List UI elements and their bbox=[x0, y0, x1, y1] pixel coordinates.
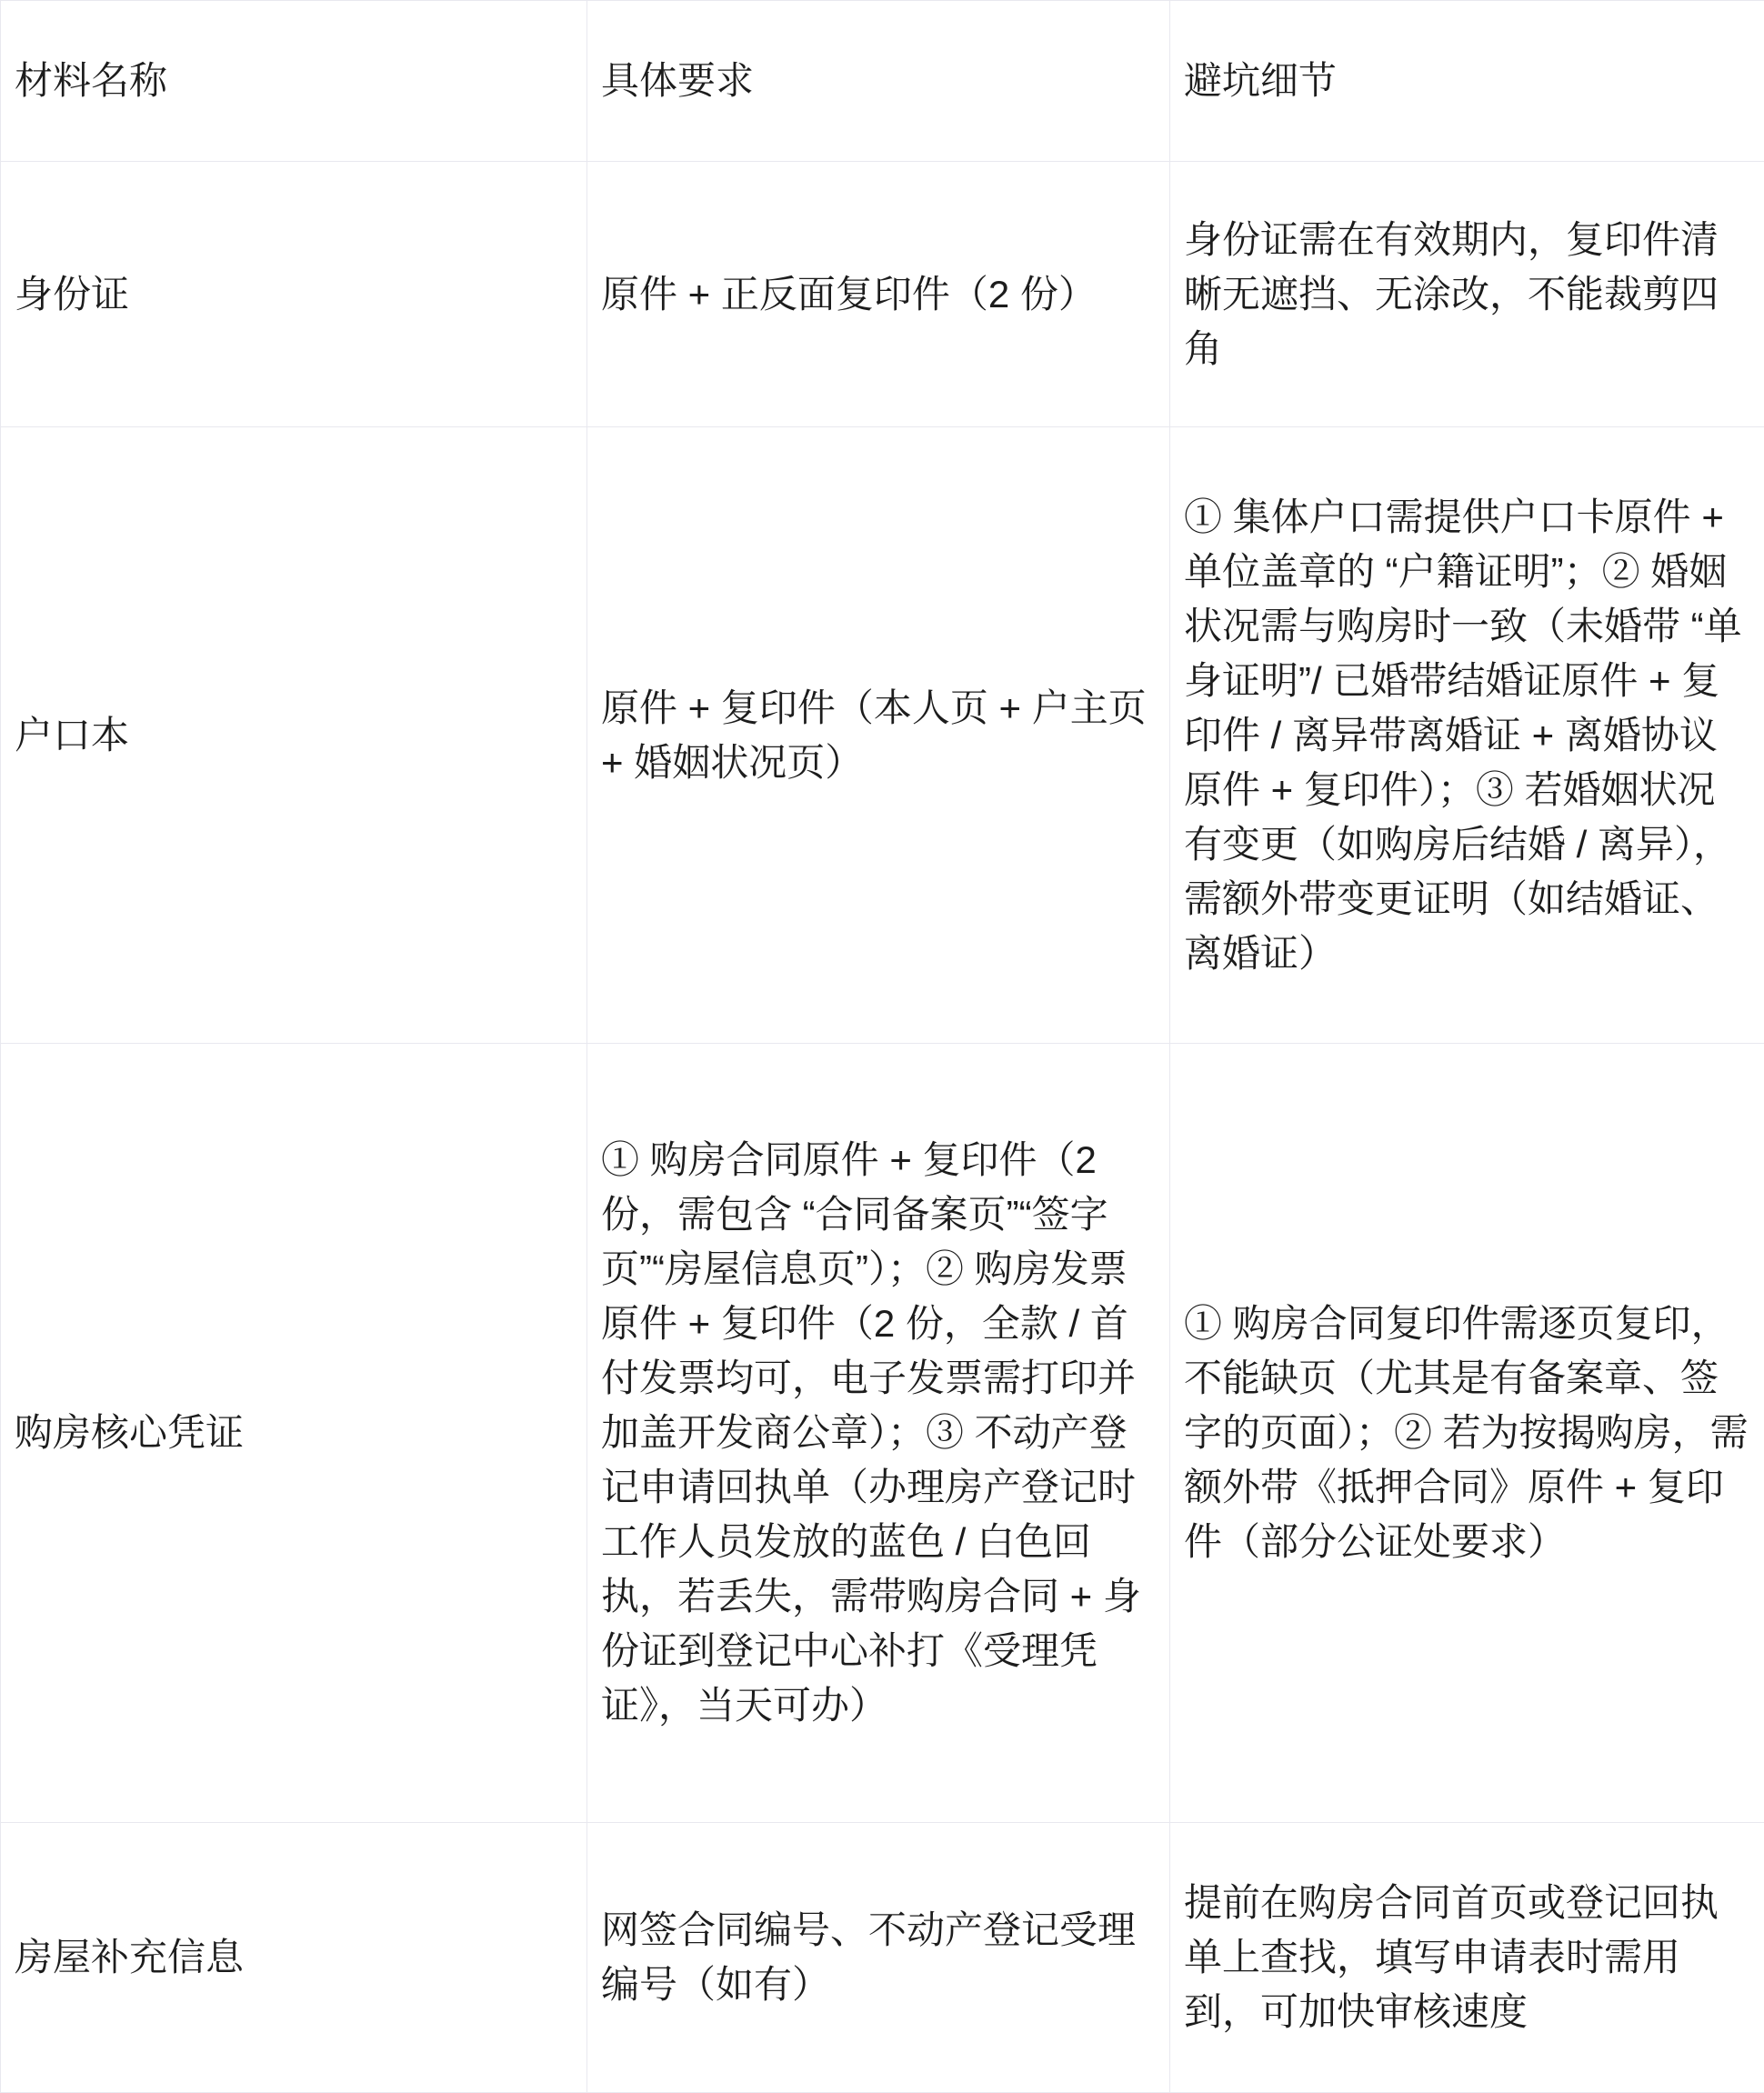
requirement-cell: 原件 + 正反面复印件（2 份） bbox=[587, 162, 1170, 427]
table-row: 身份证 原件 + 正反面复印件（2 份） 身份证需在有效期内，复印件清晰无遮挡、… bbox=[1, 162, 1764, 427]
material-name-cell: 户口本 bbox=[1, 427, 587, 1044]
column-header-requirement: 具体要求 bbox=[587, 1, 1170, 162]
column-header-pitfall: 避坑细节 bbox=[1170, 1, 1764, 162]
material-name-cell: 身份证 bbox=[1, 162, 587, 427]
pitfall-cell: ① 集体户口需提供户口卡原件 + 单位盖章的 “户籍证明”；② 婚姻状况需与购房… bbox=[1170, 427, 1764, 1044]
materials-requirements-table: 材料名称 具体要求 避坑细节 身份证 原件 + 正反面复印件（2 份） 身份证需… bbox=[0, 0, 1764, 2093]
requirement-cell: 网签合同编号、不动产登记受理编号（如有） bbox=[587, 1823, 1170, 2093]
requirement-cell: ① 购房合同原件 + 复印件（2 份，需包含 “合同备案页”“签字页”“房屋信息… bbox=[587, 1044, 1170, 1823]
pitfall-cell: ① 购房合同复印件需逐页复印，不能缺页（尤其是有备案章、签字的页面）；② 若为按… bbox=[1170, 1044, 1764, 1823]
table-row: 购房核心凭证 ① 购房合同原件 + 复印件（2 份，需包含 “合同备案页”“签字… bbox=[1, 1044, 1764, 1823]
header-row: 材料名称 具体要求 避坑细节 bbox=[1, 1, 1764, 162]
requirement-cell: 原件 + 复印件（本人页 + 户主页 + 婚姻状况页） bbox=[587, 427, 1170, 1044]
table-row: 户口本 原件 + 复印件（本人页 + 户主页 + 婚姻状况页） ① 集体户口需提… bbox=[1, 427, 1764, 1044]
pitfall-cell: 提前在购房合同首页或登记回执单上查找，填写申请表时需用到，可加快审核速度 bbox=[1170, 1823, 1764, 2093]
column-header-material: 材料名称 bbox=[1, 1, 587, 162]
pitfall-cell: 身份证需在有效期内，复印件清晰无遮挡、无涂改，不能裁剪四角 bbox=[1170, 162, 1764, 427]
table-row: 房屋补充信息 网签合同编号、不动产登记受理编号（如有） 提前在购房合同首页或登记… bbox=[1, 1823, 1764, 2093]
material-name-cell: 购房核心凭证 bbox=[1, 1044, 587, 1823]
material-name-cell: 房屋补充信息 bbox=[1, 1823, 587, 2093]
